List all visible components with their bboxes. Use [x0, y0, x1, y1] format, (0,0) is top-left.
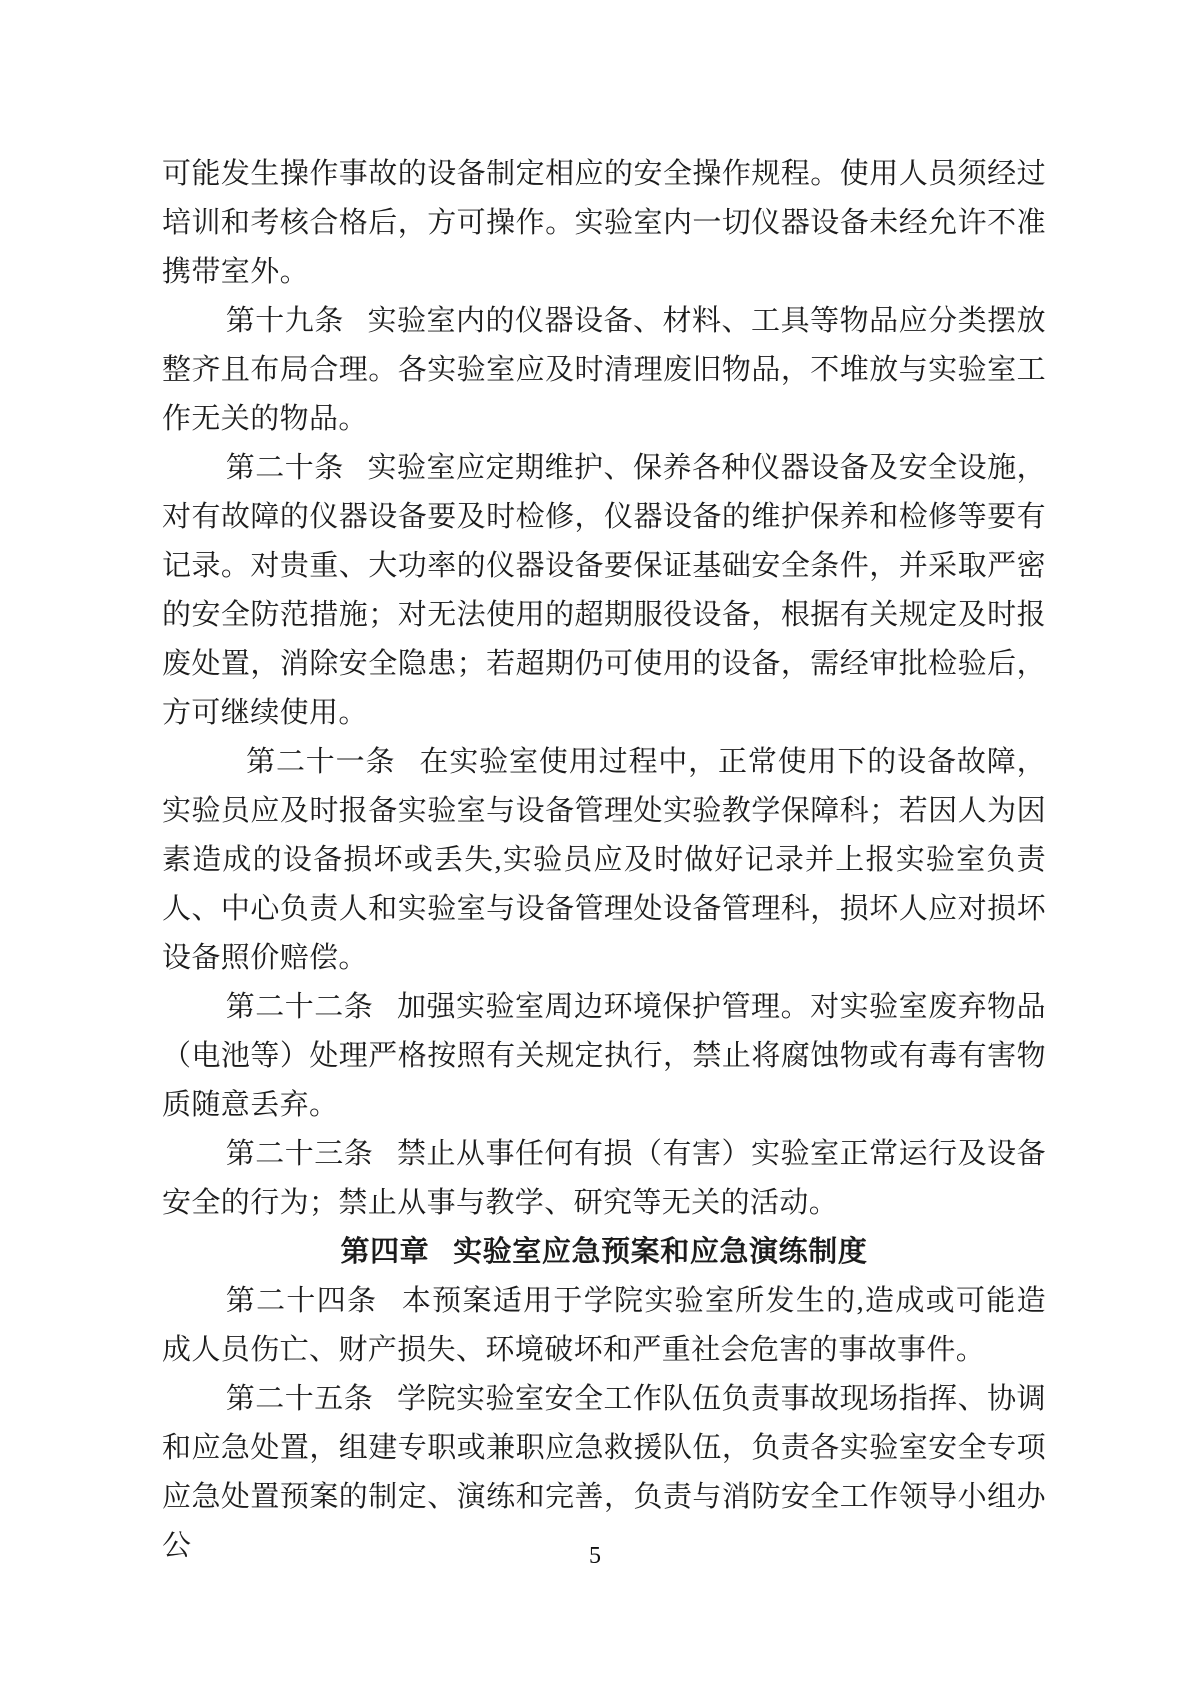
page-number: 5 [0, 1538, 1190, 1574]
paragraph-article-19: 第十九条 实验室内的仪器设备、材料、工具等物品应分类摆放整齐且布局合理。各实验室… [162, 297, 1046, 444]
paragraph-article-22: 第二十二条 加强实验室周边环境保护管理。对实验室废弃物品（电池等）处理严格按照有… [162, 983, 1046, 1130]
paragraph-continuation: 可能发生操作事故的设备制定相应的安全操作规程。使用人员须经过培训和考核合格后，方… [162, 150, 1046, 297]
document-page: 可能发生操作事故的设备制定相应的安全操作规程。使用人员须经过培训和考核合格后，方… [0, 0, 1190, 1683]
paragraph-article-21: 第二十一条 在实验室使用过程中，正常使用下的设备故障，实验员应及时报备实验室与设… [162, 738, 1046, 983]
paragraph-article-23: 第二十三条 禁止从事任何有损（有害）实验室正常运行及设备安全的行为；禁止从事与教… [162, 1130, 1046, 1228]
chapter-4-heading: 第四章 实验室应急预案和应急演练制度 [162, 1228, 1046, 1277]
paragraph-article-24: 第二十四条 本预案适用于学院实验室所发生的,造成或可能造成人员伤亡、财产损失、环… [162, 1277, 1046, 1375]
paragraph-article-20: 第二十条 实验室应定期维护、保养各种仪器设备及安全设施，对有故障的仪器设备要及时… [162, 444, 1046, 738]
document-text-block: 可能发生操作事故的设备制定相应的安全操作规程。使用人员须经过培训和考核合格后，方… [162, 150, 1046, 1571]
